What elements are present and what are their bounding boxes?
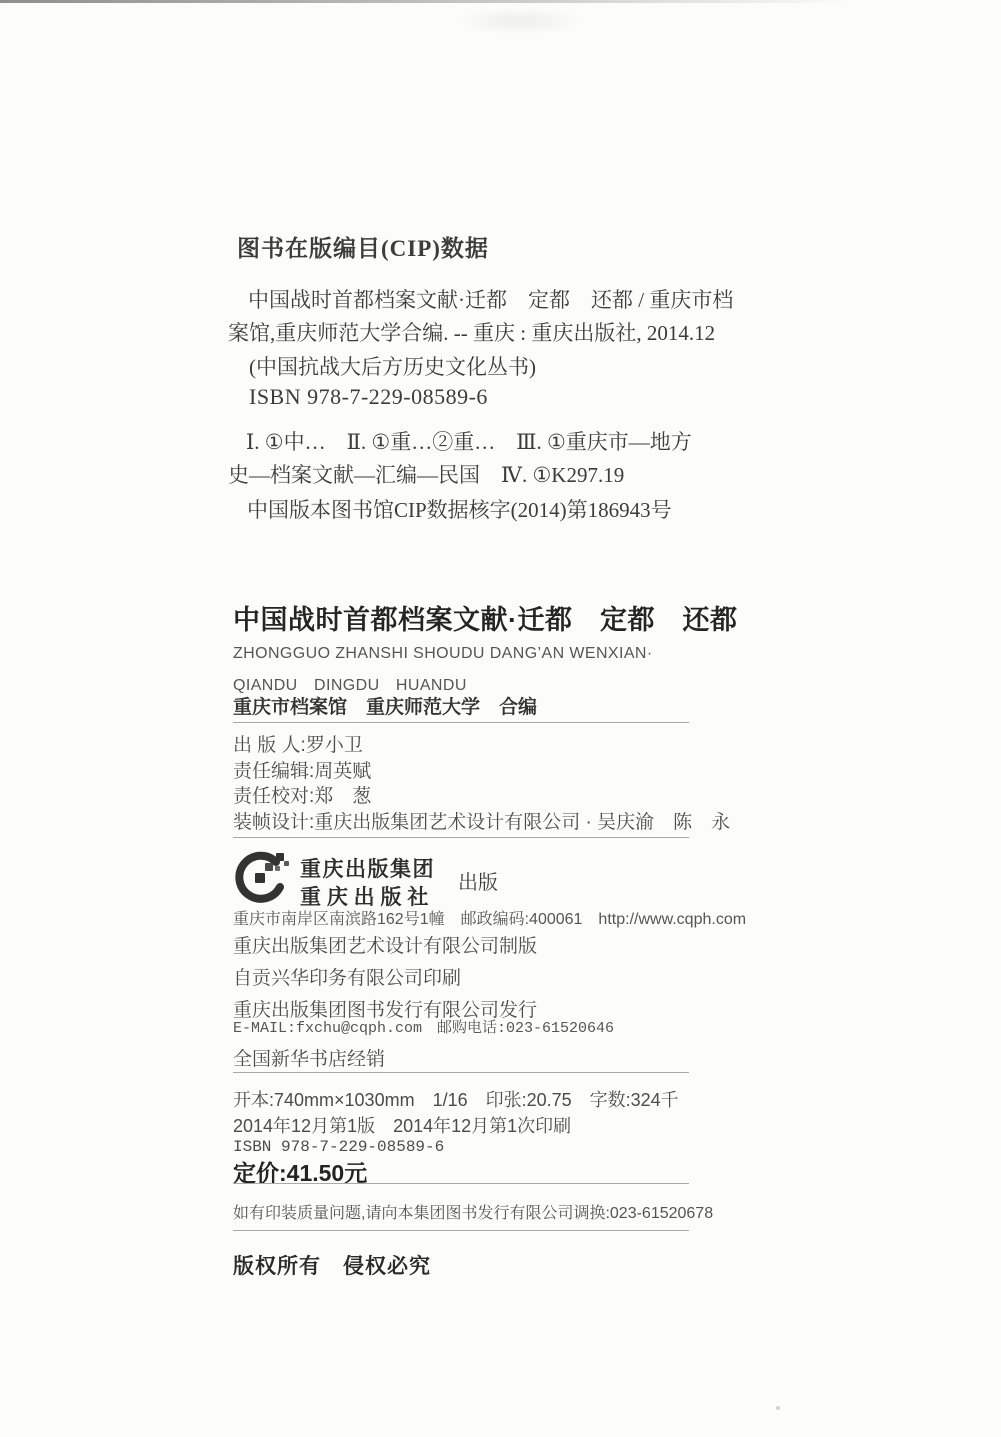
scan-smudge-artifact (455, 8, 585, 34)
staff-block: 出 版 人:罗小卫责任编辑:周英赋责任校对:郑 葱装帧设计:重庆出版集团艺术设计… (233, 733, 730, 836)
title-pinyin-line1: ZHONGGUO ZHANSHI SHOUDU DANG’AN WENXIAN· (233, 645, 653, 663)
cip-record-number: 中国版本图书馆CIP数据核字(2014)第186943号 (247, 494, 672, 524)
publisher-address-line: 重庆市南岸区南滨路162号1幢 邮政编码:400061 http://www.c… (233, 906, 746, 929)
book-title: 中国战时首都档案文献·迁都 定都 还都 (233, 598, 738, 637)
staff-designer: 装帧设计:重庆出版集团艺术设计有限公司 · 吴庆渝 陈 永 (233, 812, 730, 833)
divider-rule-3 (233, 1072, 689, 1073)
printing-line: 自贡兴华印务有限公司印刷 (233, 963, 461, 990)
staff-publisher: 出 版 人:罗小卫 (233, 735, 363, 756)
cip-classification-line1: Ⅰ. ①中… Ⅱ. ①重…②重… Ⅲ. ①重庆市—地方 (246, 426, 692, 456)
cip-heading: 图书在版编目(CIP)数据 (237, 230, 489, 263)
platemaking-line: 重庆出版集团艺术设计有限公司制版 (233, 931, 537, 958)
cip-entry-line1: 中国战时首都档案文献·迁都 定都 还都 / 重庆市档 (248, 284, 733, 314)
spec-isbn: ISBN 978-7-229-08589-6 (233, 1138, 444, 1156)
copyright-notice-line: 版权所有 侵权必究 (233, 1250, 431, 1280)
copyright-page: 图书在版编目(CIP)数据 中国战时首都档案文献·迁都 定都 还都 / 重庆市档… (0, 0, 1001, 1437)
chongqing-publishing-group-logo-icon (232, 851, 289, 906)
divider-rule-2 (233, 837, 689, 838)
cip-series-title: (中国抗战大后方历史文化丛书) (249, 351, 536, 381)
divider-rule-1 (233, 722, 689, 723)
cip-classification-line2: 史—档案文献—汇编—民国 Ⅳ. ①K297.19 (228, 459, 624, 489)
divider-rule-4 (233, 1183, 689, 1184)
publisher-group-name: 重庆出版集团 (300, 853, 435, 883)
cip-entry-line2: 案馆,重庆师范大学合编. -- 重庆 : 重庆出版社, 2014.12 (228, 317, 715, 347)
format-spec-line: 开本:740mm×1030mm 1/16 印张:20.75 字数:324千 (233, 1086, 679, 1112)
editors-line: 重庆市档案馆 重庆师范大学 合编 (233, 692, 537, 719)
scan-edge-artifact (0, 0, 1001, 3)
divider-rule-5 (233, 1230, 689, 1231)
cip-isbn: ISBN 978-7-229-08589-6 (249, 384, 488, 410)
edition-spec-line: 2014年12月第1版 2014年12月第1次印刷 (233, 1112, 571, 1138)
publisher-role-label: 出版 (458, 866, 498, 895)
distribution-line: 全国新华书店经销 (233, 1044, 385, 1071)
scan-dot-artifact (776, 1406, 780, 1410)
quality-notice-line: 如有印装质量问题,请向本集团图书发行有限公司调换:023-61520678 (233, 1200, 713, 1223)
staff-proofreader: 责任校对:郑 葱 (233, 786, 371, 807)
staff-editor: 责任编辑:周英赋 (233, 761, 371, 782)
email-phone-line: E-MAIL:fxchu@cqph.com 邮购电话:023-61520646 (233, 1016, 614, 1037)
